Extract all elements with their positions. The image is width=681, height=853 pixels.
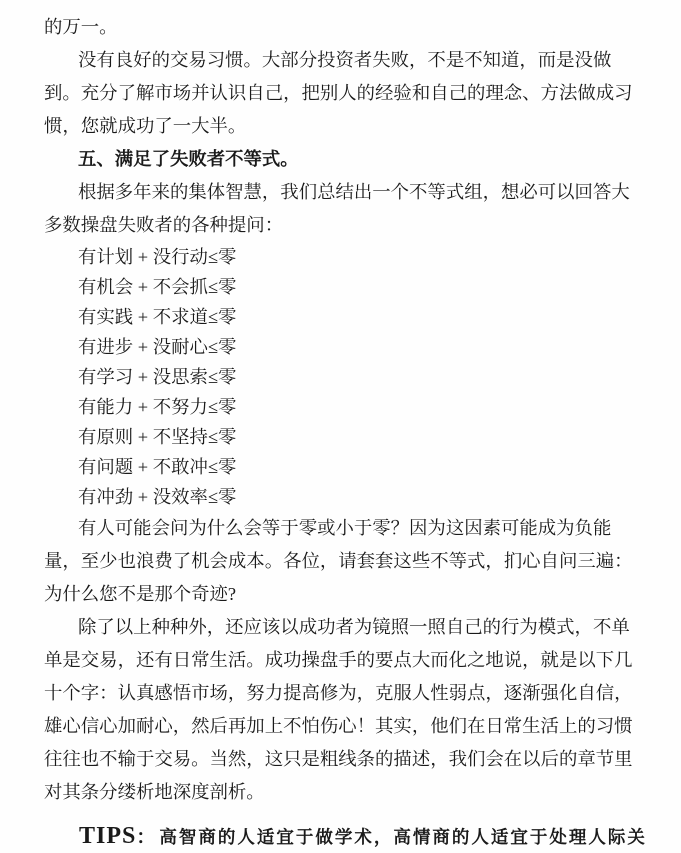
- paragraph-line: 多数操盘失败者的各种提问：: [44, 209, 641, 242]
- section-heading: 五、满足了失败者不等式。: [44, 143, 641, 176]
- inequality-item: 有进步 + 没耐心≤零: [44, 332, 641, 362]
- paragraph-line: 为什么您不是那个奇迹?: [44, 578, 641, 611]
- paragraph-why-zero: 有人可能会问为什么会等于零或小于零？因为这因素可能成为负能 量，至少也浪费了机会…: [44, 512, 641, 611]
- inequality-item: 有计划 + 没行动≤零: [44, 242, 641, 272]
- inequality-item: 有原则 + 不坚持≤零: [44, 422, 641, 452]
- inequality-item: 有问题 + 不敢冲≤零: [44, 452, 641, 482]
- paragraph-line: 没有良好的交易习惯。大部分投资者失败，不是不知道，而是没做: [44, 44, 641, 77]
- inequality-item: 有学习 + 没思索≤零: [44, 362, 641, 392]
- paragraph-line: 有人可能会问为什么会等于零或小于零？因为这因素可能成为负能: [44, 512, 641, 545]
- tips-text: 高智商的人适宜于做学术，高情商的人适宜于处理人际关: [159, 827, 647, 847]
- paragraph-line: 根据多年来的集体智慧，我们总结出一个不等式组，想必可以回答大: [44, 176, 641, 209]
- tips-label: TIPS: [79, 823, 136, 849]
- tips-block: TIPS： 高智商的人适宜于做学术，高情商的人适宜于处理人际关: [44, 822, 641, 850]
- paragraph-line: 单是交易，还有日常生活。成功操盘手的要点大而化之地说，就是以下几: [44, 644, 641, 677]
- paragraph-mirror-success: 除了以上种种外，还应该以成功者为镜照一照自己的行为模式，不单 单是交易，还有日常…: [44, 611, 641, 809]
- paragraph-line: 十个字：认真感悟市场，努力提高修为，克服人性弱点，逐渐强化自信，: [44, 677, 641, 710]
- paragraph-line: 量，至少也浪费了机会成本。各位，请套套这些不等式，扪心自问三遍：: [44, 545, 641, 578]
- paragraph-line: 到。充分了解市场并认识自己，把别人的经验和自己的理念、方法做成习: [44, 77, 641, 110]
- paragraph-line: 雄心信心加耐心，然后再加上不怕伤心！其实，他们在日常生活上的习惯: [44, 710, 641, 743]
- paragraph-trading-habits: 没有良好的交易习惯。大部分投资者失败，不是不知道，而是没做 到。充分了解市场并认…: [44, 44, 641, 143]
- paragraph-intro-inequalities: 根据多年来的集体智慧，我们总结出一个不等式组，想必可以回答大 多数操盘失败者的各…: [44, 176, 641, 242]
- section-heading-text: 五、满足了失败者不等式。: [44, 143, 641, 176]
- inequality-item: 有能力 + 不努力≤零: [44, 392, 641, 422]
- paragraph-line: 惯，您就成功了一大半。: [44, 110, 641, 143]
- paragraph-line: 除了以上种种外，还应该以成功者为镜照一照自己的行为模式，不单: [44, 611, 641, 644]
- inequality-list: 有计划 + 没行动≤零 有机会 + 不会抓≤零 有实践 + 不求道≤零 有进步 …: [44, 242, 641, 512]
- inequality-item: 有冲劲 + 没效率≤零: [44, 482, 641, 512]
- tips-colon: ：: [136, 827, 155, 848]
- paragraph-line: 对其条分缕析地深度剖析。: [44, 776, 641, 809]
- paragraph-line: 的万一。: [44, 11, 641, 44]
- paragraph-continuation: 的万一。: [44, 11, 641, 44]
- book-page: 的万一。 没有良好的交易习惯。大部分投资者失败，不是不知道，而是没做 到。充分了…: [0, 0, 681, 853]
- inequality-item: 有实践 + 不求道≤零: [44, 302, 641, 332]
- paragraph-line: 往往也不输于交易。当然，这只是粗线条的描述，我们会在以后的章节里: [44, 743, 641, 776]
- inequality-item: 有机会 + 不会抓≤零: [44, 272, 641, 302]
